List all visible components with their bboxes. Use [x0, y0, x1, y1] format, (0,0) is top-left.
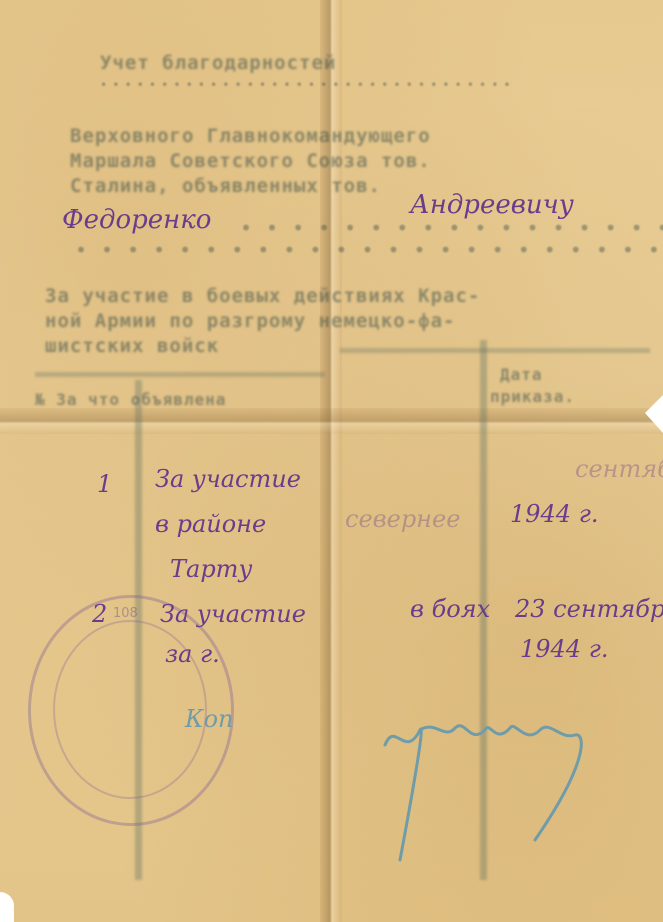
entry-2-number: 2 — [92, 600, 107, 628]
typed-underline: •••••••••••••••••••••••••••••••••• — [100, 78, 516, 92]
entry-1-number: 1 — [97, 470, 112, 498]
typed-line-5: За участие в боевых действиях Крас- — [45, 285, 480, 307]
torn-edge — [645, 395, 663, 433]
dotted-line-2: ••••••••••••••••••••••••••• — [75, 238, 663, 262]
entry-1-month: сентября — [575, 455, 663, 483]
typed-line-7: шистских войск — [45, 335, 219, 357]
entry-2-line-2: за г. — [165, 640, 220, 668]
entry-1-year: 1944 г. — [510, 500, 598, 528]
column-header-right-2: приказа. — [490, 387, 575, 406]
entry-2-line-1: За участие — [160, 600, 306, 628]
entry-1-line-1: За участие — [155, 465, 301, 493]
entry-2-in-battles: в боях — [410, 595, 490, 623]
entry-1-north-of: севернее — [345, 505, 460, 533]
stamp-number: 108 — [113, 606, 138, 621]
entry-2-year: 1944 г. — [520, 635, 608, 663]
table-rule-right — [340, 348, 650, 353]
pencil-signature — [375, 700, 635, 870]
column-header-left: № За что объявлена — [35, 390, 226, 409]
handwritten-patronymic: Андреевичу — [410, 190, 574, 220]
table-rule-left — [35, 372, 325, 377]
entry-1-line-2: в районе — [155, 510, 266, 538]
typed-line-6: ной Армии по разгрому немецко-фа- — [45, 310, 456, 332]
entry-2-date: 23 сентября — [515, 595, 663, 623]
typed-title: Учет благодарностей — [100, 52, 336, 74]
typed-line-4: Сталина, объявленных тов. — [70, 175, 381, 197]
entry-1-place: Тарту — [170, 555, 252, 583]
handwritten-surname: Федоренко — [62, 205, 211, 235]
typed-line-2: Верховного Главнокомандующего — [70, 125, 431, 147]
kop-label: Коп — [185, 705, 233, 733]
document-scan: Учет благодарностей ••••••••••••••••••••… — [0, 0, 663, 922]
typed-line-3: Маршала Советского Союза тов. — [70, 150, 431, 172]
worn-corner — [0, 892, 14, 922]
horizontal-fold-crease — [0, 408, 663, 434]
column-header-right: Дата — [500, 365, 543, 384]
